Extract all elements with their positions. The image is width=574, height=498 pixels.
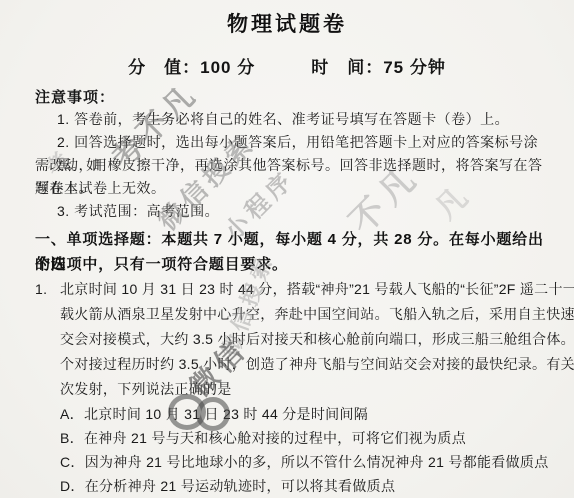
section-one-heading: 一、单项选择题：本题共 7 小题，每小题 4 分，共 28 分。在每小题给出的四… [0, 227, 574, 277]
notice-item-2-line-1: 2. 回答选择题时，选出每小题答案后，用铅笔把答题卡上对应的答案标号涂黑。如 [35, 131, 546, 154]
question-1-option-a: A．北京时间 10 月 31 日 23 时 44 分是时间间隔 [35, 402, 548, 426]
notice-heading: 注意事项： [35, 88, 574, 108]
notice-item-2-line-3: 写在本试卷上无效。 [35, 177, 546, 200]
exam-meta-row: 分 值：100 分 时 间：75 分钟 [0, 54, 574, 76]
exam-paper-page: 考 考不凡 微信搜索 小程序 不凡 凡 微信搜索 微信 物理试题卷 分 值：10… [0, 0, 574, 498]
score-value: 分 值：100 分 [128, 53, 255, 78]
question-1-line-4: 个对接过程历时约 3.5 小时，创造了神舟飞船与空间站交会对接的最快纪录。有关本 [35, 352, 548, 377]
question-1-option-c: C．因为神舟 21 号比地球小的多，所以不管什么情况神舟 21 号都能看做质点 [35, 450, 548, 474]
question-1-line-3: 交会对接模式，大约 3.5 小时后对接天和核心舱前向端口，形成三船三舱组合体。整 [35, 327, 548, 352]
page-title: 物理试题卷 [0, 0, 574, 36]
question-1-line-2: 载火箭从酒泉卫星发射中心升空，奔赴中国空间站。飞船入轨之后，采用自主快速 [35, 302, 548, 327]
question-1-option-d: D．在分析神舟 21 号运动轨迹时，可以将其看做质点 [35, 474, 548, 498]
question-1-option-b: B．在神舟 21 号与天和核心舱对接的过程中，可将它们视为质点 [35, 426, 548, 450]
question-1-line-1: 1.北京时间 10 月 31 日 23 时 44 分，搭载“神舟”21 号载人飞… [35, 277, 548, 302]
question-1-number: 1. [35, 277, 60, 302]
notice-item-3: 3. 考试范围：高考范围。 [35, 200, 546, 223]
section-one-line-2: 个选项中，只有一项符合题目要求。 [35, 252, 546, 277]
question-1-text-line-1: 北京时间 10 月 31 日 23 时 44 分，搭载“神舟”21 号载人飞船的… [60, 281, 574, 297]
section-one-line-1: 一、单项选择题：本题共 7 小题，每小题 4 分，共 28 分。在每小题给出的四 [35, 227, 546, 252]
time-value: 时 间：75 分钟 [311, 53, 446, 78]
question-1: 1.北京时间 10 月 31 日 23 时 44 分，搭载“神舟”21 号载人飞… [0, 277, 574, 498]
notice-item-1: 1. 答卷前，考生务必将自己的姓名、准考证号填写在答题卡（卷）上。 [35, 108, 546, 131]
question-1-line-5: 次发射，下列说法正确的是 [35, 377, 548, 402]
notice-item-2-line-2: 需改动，用橡皮擦干净，再选涂其他答案标号。回答非选择题时，将答案写在答题卷上。 [35, 154, 546, 177]
